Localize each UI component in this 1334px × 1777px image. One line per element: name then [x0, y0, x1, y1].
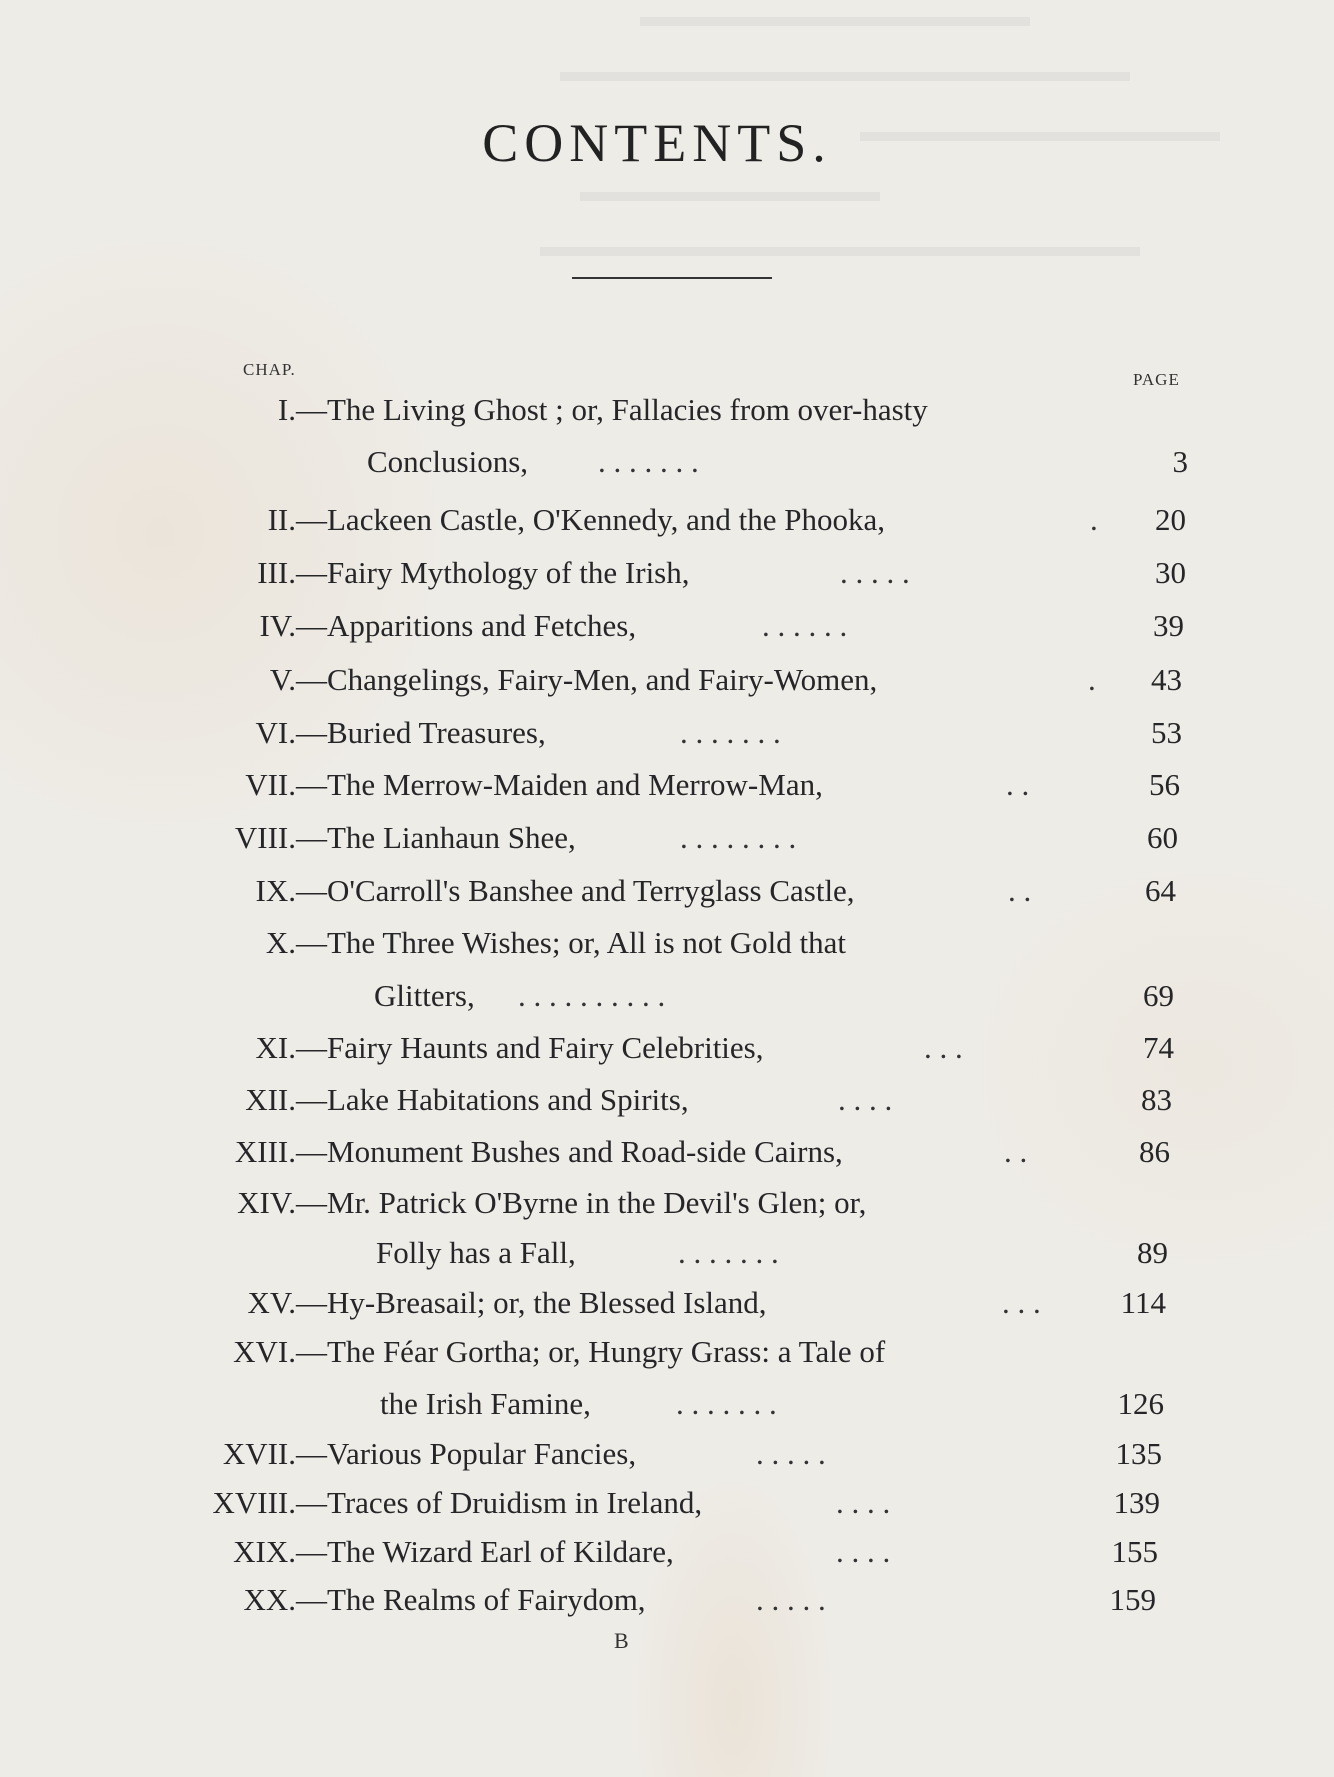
signature-mark: B — [614, 1628, 629, 1654]
leader-dots: . . . . . . . — [598, 444, 699, 480]
leader-dots: . — [1088, 662, 1096, 698]
toc-entry: XVIII. —Traces of Druidism in Ireland, .… — [0, 1485, 1334, 1525]
page-number: 3 — [1108, 444, 1188, 480]
chapter-title: —Mr. Patrick O'Byrne in the Devil's Glen… — [296, 1185, 866, 1221]
page-number: 74 — [1094, 1030, 1174, 1066]
show-through-text: ▬▬▬▬▬▬▬▬▬▬▬▬▬▬▬▬▬▬▬▬ — [540, 230, 1140, 264]
toc-entry: IV. —Apparitions and Fetches, . . . . . … — [0, 608, 1334, 648]
toc-entry: X. —The Three Wishes; or, All is not Gol… — [0, 925, 1334, 965]
page-number: 64 — [1096, 873, 1176, 909]
chapter-title: —Buried Treasures, — [296, 715, 546, 751]
show-through-text: ▬▬▬▬▬▬▬▬▬▬▬▬▬ — [640, 0, 1030, 34]
chapter-title: —Fairy Haunts and Fairy Celebrities, — [296, 1030, 764, 1066]
chapter-number: VI. — [256, 715, 296, 751]
toc-entry-continuation: Folly has a Fall, . . . . . . . 89 — [0, 1235, 1334, 1275]
leader-dots: . . — [1004, 1134, 1027, 1170]
page-number: 155 — [1078, 1534, 1158, 1570]
toc-entry: XI. —Fairy Haunts and Fairy Celebrities,… — [0, 1030, 1334, 1070]
chapter-title: —Changelings, Fairy-Men, and Fairy-Women… — [296, 662, 877, 698]
page-number: 83 — [1092, 1082, 1172, 1118]
chapter-number: VII. — [245, 767, 296, 803]
toc-entry: V. —Changelings, Fairy-Men, and Fairy-Wo… — [0, 662, 1334, 702]
chapter-number: XVIII. — [213, 1485, 297, 1521]
leader-dots: . — [1090, 502, 1098, 538]
toc-entry: III. —Fairy Mythology of the Irish, . . … — [0, 555, 1334, 595]
toc-entry: XVI. —The Féar Gortha; or, Hungry Grass:… — [0, 1334, 1334, 1374]
page-number: 53 — [1102, 715, 1182, 751]
page-column-header: PAGE — [1133, 370, 1180, 390]
toc-entry: I. —The Living Ghost ; or, Fallacies fro… — [0, 392, 1334, 432]
leader-dots: . . — [1008, 873, 1031, 909]
toc-entry: XIV. —Mr. Patrick O'Byrne in the Devil's… — [0, 1185, 1334, 1225]
chapter-title: —Various Popular Fancies, — [296, 1436, 636, 1472]
leader-dots: . . . . . . . . — [680, 820, 796, 856]
page-number: 56 — [1100, 767, 1180, 803]
leader-dots: . . . — [924, 1030, 963, 1066]
show-through-text: ▬▬▬▬▬▬▬▬▬▬▬▬▬▬▬▬▬▬▬ — [560, 55, 1130, 89]
chapter-title: —Lake Habitations and Spirits, — [296, 1082, 689, 1118]
chapter-title: —Hy-Breasail; or, the Blessed Island, — [296, 1285, 767, 1321]
chapter-title: —The Féar Gortha; or, Hungry Grass: a Ta… — [296, 1334, 885, 1370]
page-number: 86 — [1090, 1134, 1170, 1170]
chapter-number: XX. — [243, 1582, 296, 1618]
chapter-title: —Apparitions and Fetches, — [296, 608, 636, 644]
toc-entry: XIII. —Monument Bushes and Road-side Cai… — [0, 1134, 1334, 1174]
toc-entry: XIX. —The Wizard Earl of Kildare, . . . … — [0, 1534, 1334, 1574]
page-number: 20 — [1106, 502, 1186, 538]
chapter-number: XIV. — [237, 1185, 296, 1221]
leader-dots: . . . . — [836, 1485, 890, 1521]
page-number: 43 — [1102, 662, 1182, 698]
chapter-title: —The Wizard Earl of Kildare, — [296, 1534, 674, 1570]
page-number: 39 — [1104, 608, 1184, 644]
chapter-number: III. — [257, 555, 296, 591]
chapter-number: XIX. — [233, 1534, 296, 1570]
chapter-number: XVI. — [233, 1334, 296, 1370]
chapter-number: I. — [278, 392, 296, 428]
chapter-number: XIII. — [235, 1134, 296, 1170]
chapter-title-continued: Glitters, — [374, 978, 475, 1014]
chapter-number: VIII. — [235, 820, 296, 856]
chapter-number: IX. — [256, 873, 296, 909]
toc-entry: XVII. —Various Popular Fancies, . . . . … — [0, 1436, 1334, 1476]
toc-entry-continuation: Glitters, . . . . . . . . . . 69 — [0, 978, 1334, 1018]
show-through-text: ▬▬▬▬▬▬▬▬▬▬ — [580, 175, 880, 209]
page-number: 159 — [1076, 1582, 1156, 1618]
leader-dots: . . . . — [838, 1082, 892, 1118]
toc-entry: II. —Lackeen Castle, O'Kennedy, and the … — [0, 502, 1334, 542]
chapter-title-continued: Folly has a Fall, — [376, 1235, 576, 1271]
toc-entry: XV. —Hy-Breasail; or, the Blessed Island… — [0, 1285, 1334, 1325]
chapter-number: XII. — [245, 1082, 296, 1118]
leader-dots: . . . . . . . — [676, 1386, 777, 1422]
page-number: 135 — [1082, 1436, 1162, 1472]
chapter-title: —The Merrow-Maiden and Merrow-Man, — [296, 767, 823, 803]
chapter-title: —The Lianhaun Shee, — [296, 820, 576, 856]
chapter-title-continued: Conclusions, — [367, 444, 528, 480]
book-page: ▬▬▬▬▬▬▬▬▬▬▬▬▬ ▬▬▬▬▬▬▬▬▬▬▬▬▬▬▬▬▬▬▬ ▬▬▬▬▬▬… — [0, 0, 1334, 1777]
chapter-title: —The Realms of Fairydom, — [296, 1582, 646, 1618]
chapter-number: IV. — [260, 608, 296, 644]
chapter-title: —Fairy Mythology of the Irish, — [296, 555, 690, 591]
page-number: 69 — [1094, 978, 1174, 1014]
leader-dots: . . . — [1002, 1285, 1041, 1321]
page-title: CONTENTS. — [0, 112, 1324, 174]
chapter-number: II. — [268, 502, 296, 538]
chapter-number: X. — [266, 925, 296, 961]
toc-entry: IX. —O'Carroll's Banshee and Terryglass … — [0, 873, 1334, 913]
leader-dots: . . — [1006, 767, 1029, 803]
leader-dots: . . . . . — [756, 1436, 826, 1472]
toc-entry-continuation: the Irish Famine, . . . . . . . 126 — [0, 1386, 1334, 1426]
chapter-title: —The Living Ghost ; or, Fallacies from o… — [296, 392, 928, 428]
toc-entry-continuation: Conclusions, . . . . . . . 3 — [0, 444, 1334, 484]
chapter-title: —Traces of Druidism in Ireland, — [296, 1485, 702, 1521]
chapter-column-header: CHAP. — [243, 360, 296, 380]
title-divider — [572, 277, 772, 279]
page-number: 60 — [1098, 820, 1178, 856]
toc-entry: VIII. —The Lianhaun Shee, . . . . . . . … — [0, 820, 1334, 860]
leader-dots: . . . . . — [756, 1582, 826, 1618]
leader-dots: . . . . . . — [762, 608, 847, 644]
leader-dots: . . . . . . . . . . — [518, 978, 665, 1014]
leader-dots: . . . . . . . — [680, 715, 781, 751]
page-number: 89 — [1088, 1235, 1168, 1271]
toc-entry: VII. —The Merrow-Maiden and Merrow-Man, … — [0, 767, 1334, 807]
toc-entry: XX. —The Realms of Fairydom, . . . . . 1… — [0, 1582, 1334, 1622]
page-number: 139 — [1080, 1485, 1160, 1521]
leader-dots: . . . . . . . — [678, 1235, 779, 1271]
chapter-number: XI. — [256, 1030, 296, 1066]
leader-dots: . . . . . — [840, 555, 910, 591]
page-number: 126 — [1084, 1386, 1164, 1422]
page-number: 114 — [1086, 1285, 1166, 1321]
toc-entry: VI. —Buried Treasures, . . . . . . . 53 — [0, 715, 1334, 755]
page-number: 30 — [1106, 555, 1186, 591]
chapter-title: —Monument Bushes and Road-side Cairns, — [296, 1134, 843, 1170]
chapter-title-continued: the Irish Famine, — [380, 1386, 591, 1422]
chapter-title: —Lackeen Castle, O'Kennedy, and the Phoo… — [296, 502, 885, 538]
chapter-title: —The Three Wishes; or, All is not Gold t… — [296, 925, 846, 961]
leader-dots: . . . . — [836, 1534, 890, 1570]
chapter-number: XVII. — [223, 1436, 296, 1472]
toc-entry: XII. —Lake Habitations and Spirits, . . … — [0, 1082, 1334, 1122]
chapter-title: —O'Carroll's Banshee and Terryglass Cast… — [296, 873, 855, 909]
chapter-number: XV. — [247, 1285, 296, 1321]
chapter-number: V. — [270, 662, 296, 698]
